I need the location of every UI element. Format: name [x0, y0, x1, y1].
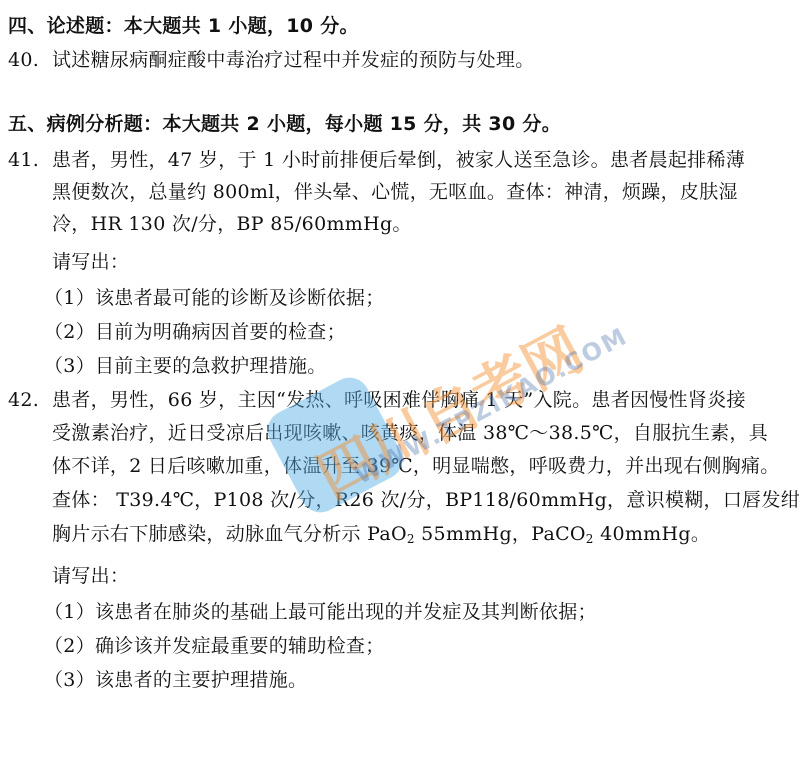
sub-question: （1）该患者在肺炎的基础上最可能出现的并发症及其判断依据； — [44, 598, 597, 626]
sub-question: （2）确诊该并发症最重要的辅助检查； — [44, 632, 385, 660]
section4-heading: 四、论述题：本大题共 1 小题，10 分。 — [8, 12, 359, 40]
prompt-label: 请写出： — [52, 248, 129, 276]
text-span: 40mmHg。 — [594, 523, 710, 545]
text-span: 55mmHg，PaCO — [415, 523, 586, 545]
question-text-line: 患者，男性，66 岁，主因“发热、呼吸困难伴胸痛 1 天”入院。患者因慢性肾炎接 — [52, 389, 746, 411]
question-text-line: 患者，男性，47 岁，于 1 小时前排便后晕倒，被家人送至急诊。患者晨起排稀薄 — [52, 149, 745, 171]
question-text-line: 冷，HR 130 次/分，BP 85/60mmHg。 — [52, 210, 412, 238]
question-text-line: 查体： T39.4℃，P108 次/分，R26 次/分，BP118/60mmHg… — [52, 486, 800, 514]
question-text: 试述糖尿病酮症酸中毒治疗过程中并发症的预防与处理。 — [52, 49, 535, 71]
subscript: 2 — [586, 532, 594, 546]
section5-heading: 五、病例分析题：本大题共 2 小题，每小题 15 分，共 30 分。 — [8, 110, 561, 138]
question-text-line: 体不详，2 日后咳嗽加重，体温升至 39℃，明显喘憋，呼吸费力，并出现右侧胸痛。 — [52, 452, 780, 480]
question-number: 41. — [8, 146, 52, 174]
question-text-line: 黑便数次，总量约 800ml，伴头晕、心慌，无呕血。查体：神清，烦躁，皮肤湿 — [52, 178, 738, 206]
text-span: 胸片示右下肺感染，动脉血气分析示 PaO — [52, 523, 407, 545]
subscript: 2 — [407, 532, 415, 546]
question-number: 40. — [8, 46, 52, 74]
sub-question: （2）目前为明确病因首要的检查； — [44, 318, 346, 346]
sub-question: （3）该患者的主要护理措施。 — [44, 666, 307, 694]
question-40: 40.试述糖尿病酮症酸中毒治疗过程中并发症的预防与处理。 — [8, 46, 535, 74]
question-text-line: 胸片示右下肺感染，动脉血气分析示 PaO2 55mmHg，PaCO2 40mmH… — [52, 520, 710, 553]
prompt-label: 请写出： — [52, 562, 129, 590]
sub-question: （1）该患者最可能的诊断及诊断依据； — [44, 284, 385, 312]
question-number: 42. — [8, 386, 52, 414]
sub-question: （3）目前主要的急救护理措施。 — [44, 352, 327, 380]
question-text-line: 受激素治疗，近日受凉后出现咳嗽、咳黄痰，体温 38℃～38.5℃，自服抗生素，具 — [52, 419, 768, 447]
